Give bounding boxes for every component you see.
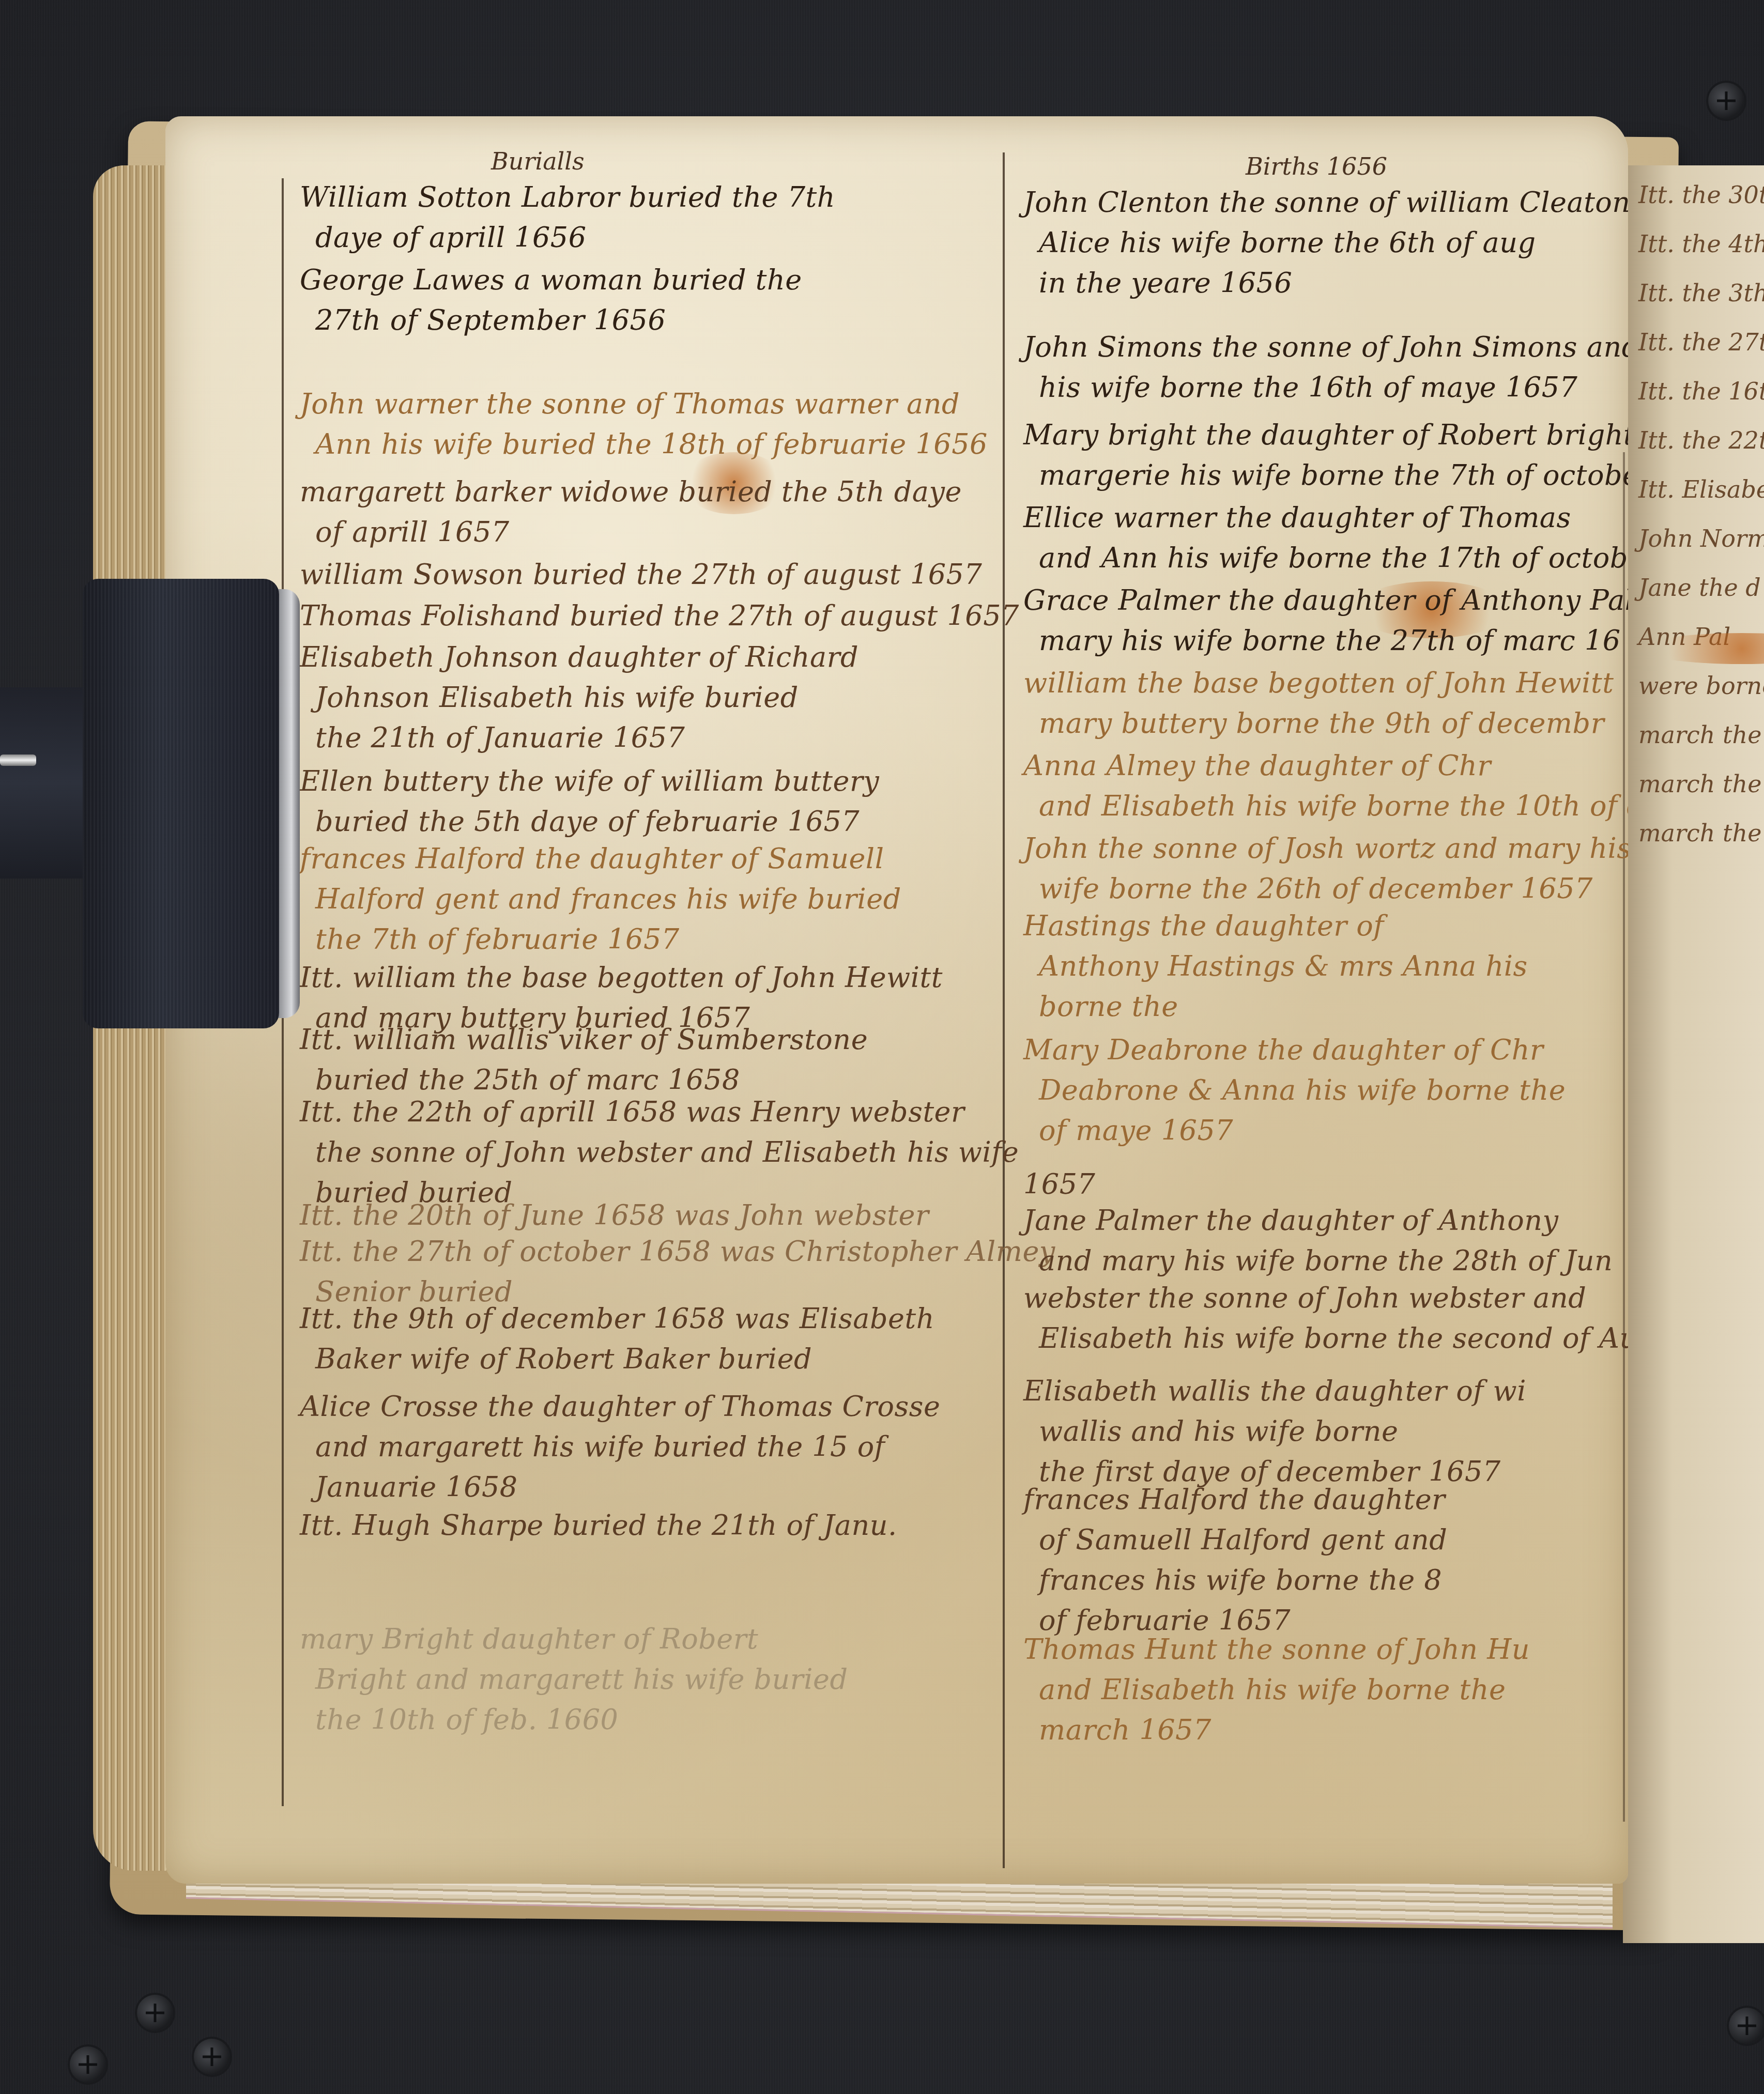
entry-line: in the yeare 1656 — [1039, 269, 1292, 297]
entry-line: the 7th of februarie 1657 — [315, 926, 680, 953]
entry-line: and Elisabeth his wife borne the — [1039, 1676, 1506, 1704]
entry-line: of Samuell Halford gent and — [1039, 1526, 1447, 1554]
burials-heading: Burialls — [491, 147, 585, 175]
entry-line: Elisabeth his wife borne the second of A… — [1039, 1325, 1628, 1352]
entry-line: mary buttery borne the 9th of decembr — [1039, 710, 1604, 737]
entry-line: Itt. the 9th of december 1658 was Elisab… — [300, 1305, 934, 1333]
facing-page-line: Itt. the 4th — [1638, 230, 1764, 258]
entry-line: buried the 25th of marc 1658 — [315, 1066, 740, 1094]
entry-line: Halford gent and frances his wife buried — [315, 885, 901, 913]
births-column: Births 1656 John Clenton the sonne of wi… — [1018, 147, 1628, 1873]
facing-page-line: Itt. Elisabeth — [1638, 475, 1764, 503]
screw-icon — [1708, 83, 1744, 119]
entry-line: Jane Palmer the daughter of Anthony — [1023, 1207, 1559, 1235]
screw-icon — [194, 2039, 230, 2075]
entry-line: and margarett his wife buried the 15 of — [315, 1433, 885, 1461]
entry-line: and Elisabeth his wife borne the 10th of… — [1039, 792, 1628, 820]
entry-line: Itt. william the base begotten of John H… — [300, 964, 943, 992]
facing-page-line: Itt. the 22th of — [1638, 426, 1764, 454]
entry-line: John Clenton the sonne of william Cleato… — [1023, 189, 1628, 217]
entry-line: Itt. the 20th of June 1658 was John webs… — [300, 1202, 929, 1229]
entry-line: william the base begotten of John Hewitt — [1023, 669, 1614, 697]
entry-line: Thomas Folishand buried the 27th of augu… — [300, 602, 1019, 630]
entry-line: 1657 — [1023, 1171, 1095, 1198]
screw-icon — [70, 2046, 106, 2083]
entry-line: daye of aprill 1656 — [315, 224, 587, 252]
entry-line: webster the sonne of John webster and — [1023, 1284, 1586, 1312]
entry-line: of maye 1657 — [1039, 1117, 1233, 1145]
screw-icon — [137, 1995, 173, 2031]
entry-line: wife borne the 26th of december 1657 — [1039, 875, 1593, 903]
facing-page-line: Jane the d — [1638, 574, 1761, 602]
entry-line: mary Bright daughter of Robert — [300, 1625, 758, 1653]
entry-line: margerie his wife borne the 7th of octob… — [1039, 461, 1628, 489]
entry-line: the 21th of Januarie 1657 — [315, 724, 685, 752]
entry-line: Itt. the 22th of aprill 1658 was Henry w… — [300, 1098, 964, 1126]
facing-page-line: march the — [1638, 819, 1761, 847]
entry-line: Itt. the 27th of october 1658 was Christ… — [300, 1238, 1055, 1266]
entry-line: George Lawes a woman buried the — [300, 266, 802, 294]
entry-line: Baker wife of Robert Baker buried — [315, 1345, 812, 1373]
facing-page-line: Itt. the 16th of f — [1638, 377, 1764, 405]
entry-line: Alice Crosse the daughter of Thomas Cros… — [300, 1393, 940, 1421]
entry-line: march 1657 — [1039, 1716, 1211, 1744]
entry-line: margarett barker widowe buried the 5th d… — [300, 478, 962, 506]
entry-line: Anna Almey the daughter of Chr — [1023, 752, 1491, 780]
entry-line: of aprill 1657 — [315, 518, 510, 546]
entry-line: Elisabeth Johnson daughter of Richard — [300, 643, 858, 671]
entry-line: frances Halford the daughter — [1023, 1486, 1445, 1514]
entry-line: william Sowson buried the 27th of august… — [300, 561, 982, 589]
entry-line: Thomas Hunt the sonne of John Hu — [1023, 1636, 1530, 1664]
entry-line: John the sonne of Josh wortz and mary hi… — [1023, 835, 1628, 863]
entry-line: frances his wife borne the 8 — [1039, 1566, 1442, 1594]
entry-line: Ellen buttery the wife of william butter… — [300, 767, 879, 795]
entry-line: Senior buried — [315, 1278, 513, 1306]
entry-line: Hastings the daughter of — [1023, 912, 1384, 940]
entry-line: the 10th of feb. 1660 — [315, 1706, 618, 1734]
facing-page-line: Itt. the 3th of — [1638, 279, 1764, 307]
entry-line: Ellice warner the daughter of Thomas — [1023, 504, 1571, 532]
entry-line: wallis and his wife borne — [1039, 1418, 1398, 1445]
entry-line: Deabrone & Anna his wife borne the — [1039, 1076, 1566, 1104]
entry-line: and mary his wife borne the 28th of Jun — [1039, 1247, 1613, 1275]
entry-line: the sonne of John webster and Elisabeth … — [315, 1138, 1019, 1166]
facing-page-line: were borne — [1638, 672, 1764, 700]
entry-line: Ann his wife buried the 18th of februari… — [315, 430, 988, 458]
entry-line: William Sotton Labror buried the 7th — [300, 183, 835, 211]
entry-line: John warner the sonne of Thomas warner a… — [300, 390, 960, 418]
entry-line: Bright and margarett his wife buried — [315, 1666, 848, 1693]
register-page: Burialls William Sotton Labror buried th… — [165, 116, 1628, 1884]
entry-line: of februarie 1657 — [1039, 1607, 1291, 1635]
taped-binder-clip — [83, 579, 279, 1028]
entry-line: Anthony Hastings & mrs Anna his — [1039, 952, 1528, 980]
entry-line: Elisabeth wallis the daughter of wi — [1023, 1377, 1526, 1405]
entry-line: Mary bright the daughter of Robert brigh… — [1023, 421, 1628, 449]
entry-line: Itt. Hugh Sharpe buried the 21th of Janu… — [300, 1512, 897, 1539]
entry-line: borne the — [1039, 993, 1178, 1021]
facing-page-line: march the — [1638, 721, 1761, 749]
entry-line: his wife borne the 16th of maye 1657 — [1039, 374, 1577, 402]
entry-line: buried the 5th daye of februarie 1657 — [315, 808, 860, 836]
facing-page-line: Itt. the 27th of — [1638, 328, 1764, 356]
facing-page-line: John Norman — [1638, 525, 1764, 552]
facing-page-line: Itt. the 30th — [1638, 181, 1764, 209]
entry-line: and Ann his wife borne the 17th of octob… — [1039, 544, 1628, 572]
facing-page-line: march the — [1638, 770, 1761, 798]
entry-line: Itt. william wallis viker of Sumberstone — [300, 1026, 868, 1054]
entry-line: John Simons the sonne of John Simons and — [1023, 333, 1628, 361]
entry-line: Grace Palmer the daughter of Anthony Pal… — [1023, 587, 1628, 614]
burials-column: Burialls William Sotton Labror buried th… — [295, 147, 998, 1853]
entry-line: mary his wife borne the 27th of marc 16 — [1039, 627, 1621, 655]
screw-icon — [1729, 2008, 1764, 2044]
entry-line: the first daye of december 1657 — [1039, 1458, 1501, 1486]
center-column-rule — [1003, 152, 1005, 1868]
entry-line: Johnson Elisabeth his wife buried — [315, 684, 799, 712]
entry-line: Mary Deabrone the daughter of Chr — [1023, 1036, 1543, 1064]
entry-line: Januarie 1658 — [315, 1473, 518, 1501]
entry-line: frances Halford the daughter of Samuell — [300, 845, 884, 873]
entry-line: Alice his wife borne the 6th of aug — [1039, 229, 1536, 257]
births-heading: Births 1656 — [1246, 152, 1387, 180]
entry-line: 27th of September 1656 — [315, 306, 666, 334]
facing-page: Itt. the 30thItt. the 4thItt. the 3th of… — [1623, 165, 1764, 1943]
clip-wire — [0, 755, 36, 766]
